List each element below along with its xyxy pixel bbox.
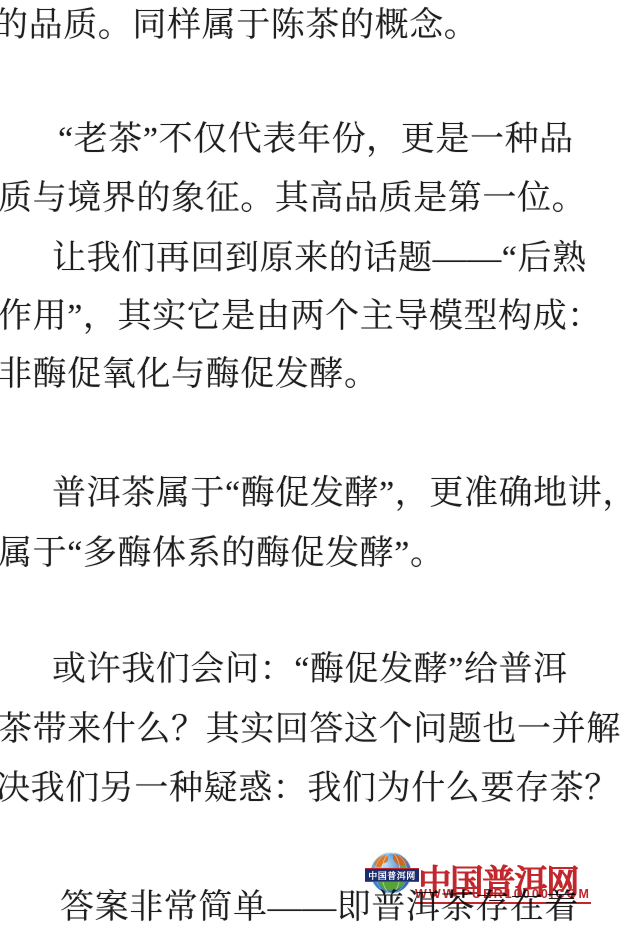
text-line: 茶带来什么？其实回答这个问题也一并解 — [0, 710, 621, 750]
text-line: 让我们再回到原来的话题——“后熟 — [52, 239, 587, 279]
text-line: 普洱茶属于“酶促发酵”，更准确地讲， — [52, 474, 626, 514]
text-line: 属于“多酶体系的酶促发酵”。 — [0, 534, 445, 574]
text-line: 非酶促氧化与酶促发酵。 — [0, 355, 379, 395]
site-watermark: 中国普洱网 中国普洱网 WWW.PUER10000.COM — [364, 846, 626, 906]
text-line: 的品质。同样属于陈茶的概念。 — [0, 6, 478, 46]
text-line: 作用”，其实它是由两个主导模型构成： — [0, 297, 602, 337]
text-line: “老茶”不仅代表年份，更是一种品 — [58, 120, 574, 160]
book-page: 的品质。同样属于陈茶的概念。 “老茶”不仅代表年份，更是一种品 质与境界的象征。… — [0, 0, 626, 932]
globe-banner-label: 中国普洱网 — [365, 868, 419, 882]
text-line: 决我们另一种疑惑：我们为什么要存茶？ — [0, 769, 619, 809]
text-line: 或许我们会问：“酶促发酵”给普洱 — [52, 650, 568, 690]
text-line: 质与境界的象征。其高品质是第一位。 — [0, 179, 586, 219]
watermark-site-url: WWW.PUER10000.COM — [415, 887, 591, 904]
